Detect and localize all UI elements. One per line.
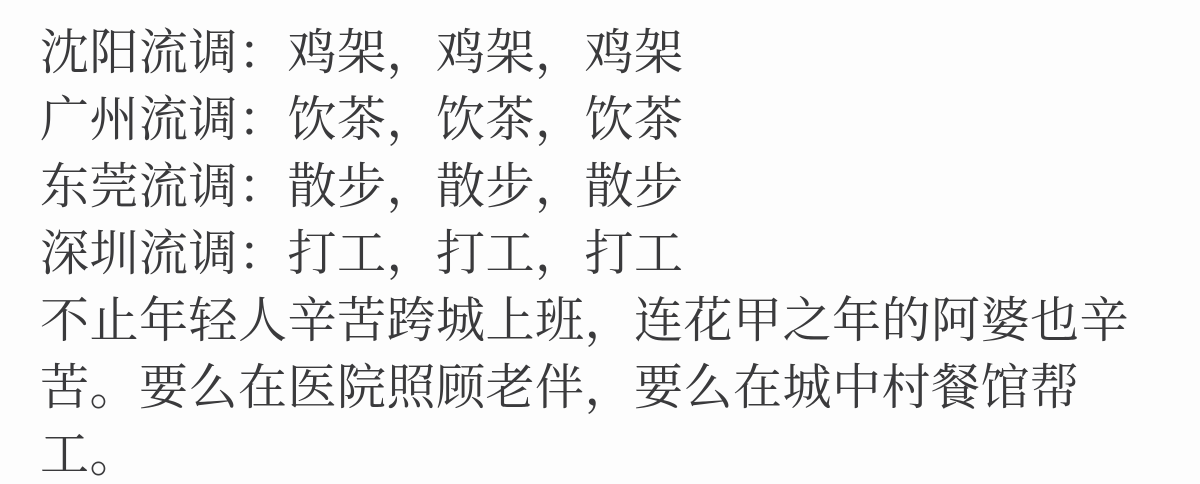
text-line-dongguan: 东莞流调：散步，散步，散步 (40, 154, 1180, 221)
paragraph-line-3: 工。 (40, 422, 1180, 484)
paragraph-line-1: 不止年轻人辛苦跨城上班，连花甲之年的阿婆也辛 (40, 288, 1180, 355)
post-text-block: 沈阳流调：鸡架，鸡架，鸡架 广州流调：饮茶，饮茶，饮茶 东莞流调：散步，散步，散… (40, 20, 1180, 484)
text-line-shenzhen: 深圳流调：打工，打工，打工 (40, 221, 1180, 288)
text-line-shenyang: 沈阳流调：鸡架，鸡架，鸡架 (40, 20, 1180, 87)
text-line-guangzhou: 广州流调：饮茶，饮茶，饮茶 (40, 87, 1180, 154)
text-post-screenshot: 沈阳流调：鸡架，鸡架，鸡架 广州流调：饮茶，饮茶，饮茶 东莞流调：散步，散步，散… (0, 0, 1200, 484)
paragraph-line-2: 苦。要么在医院照顾老伴，要么在城中村餐馆帮 (40, 355, 1180, 422)
